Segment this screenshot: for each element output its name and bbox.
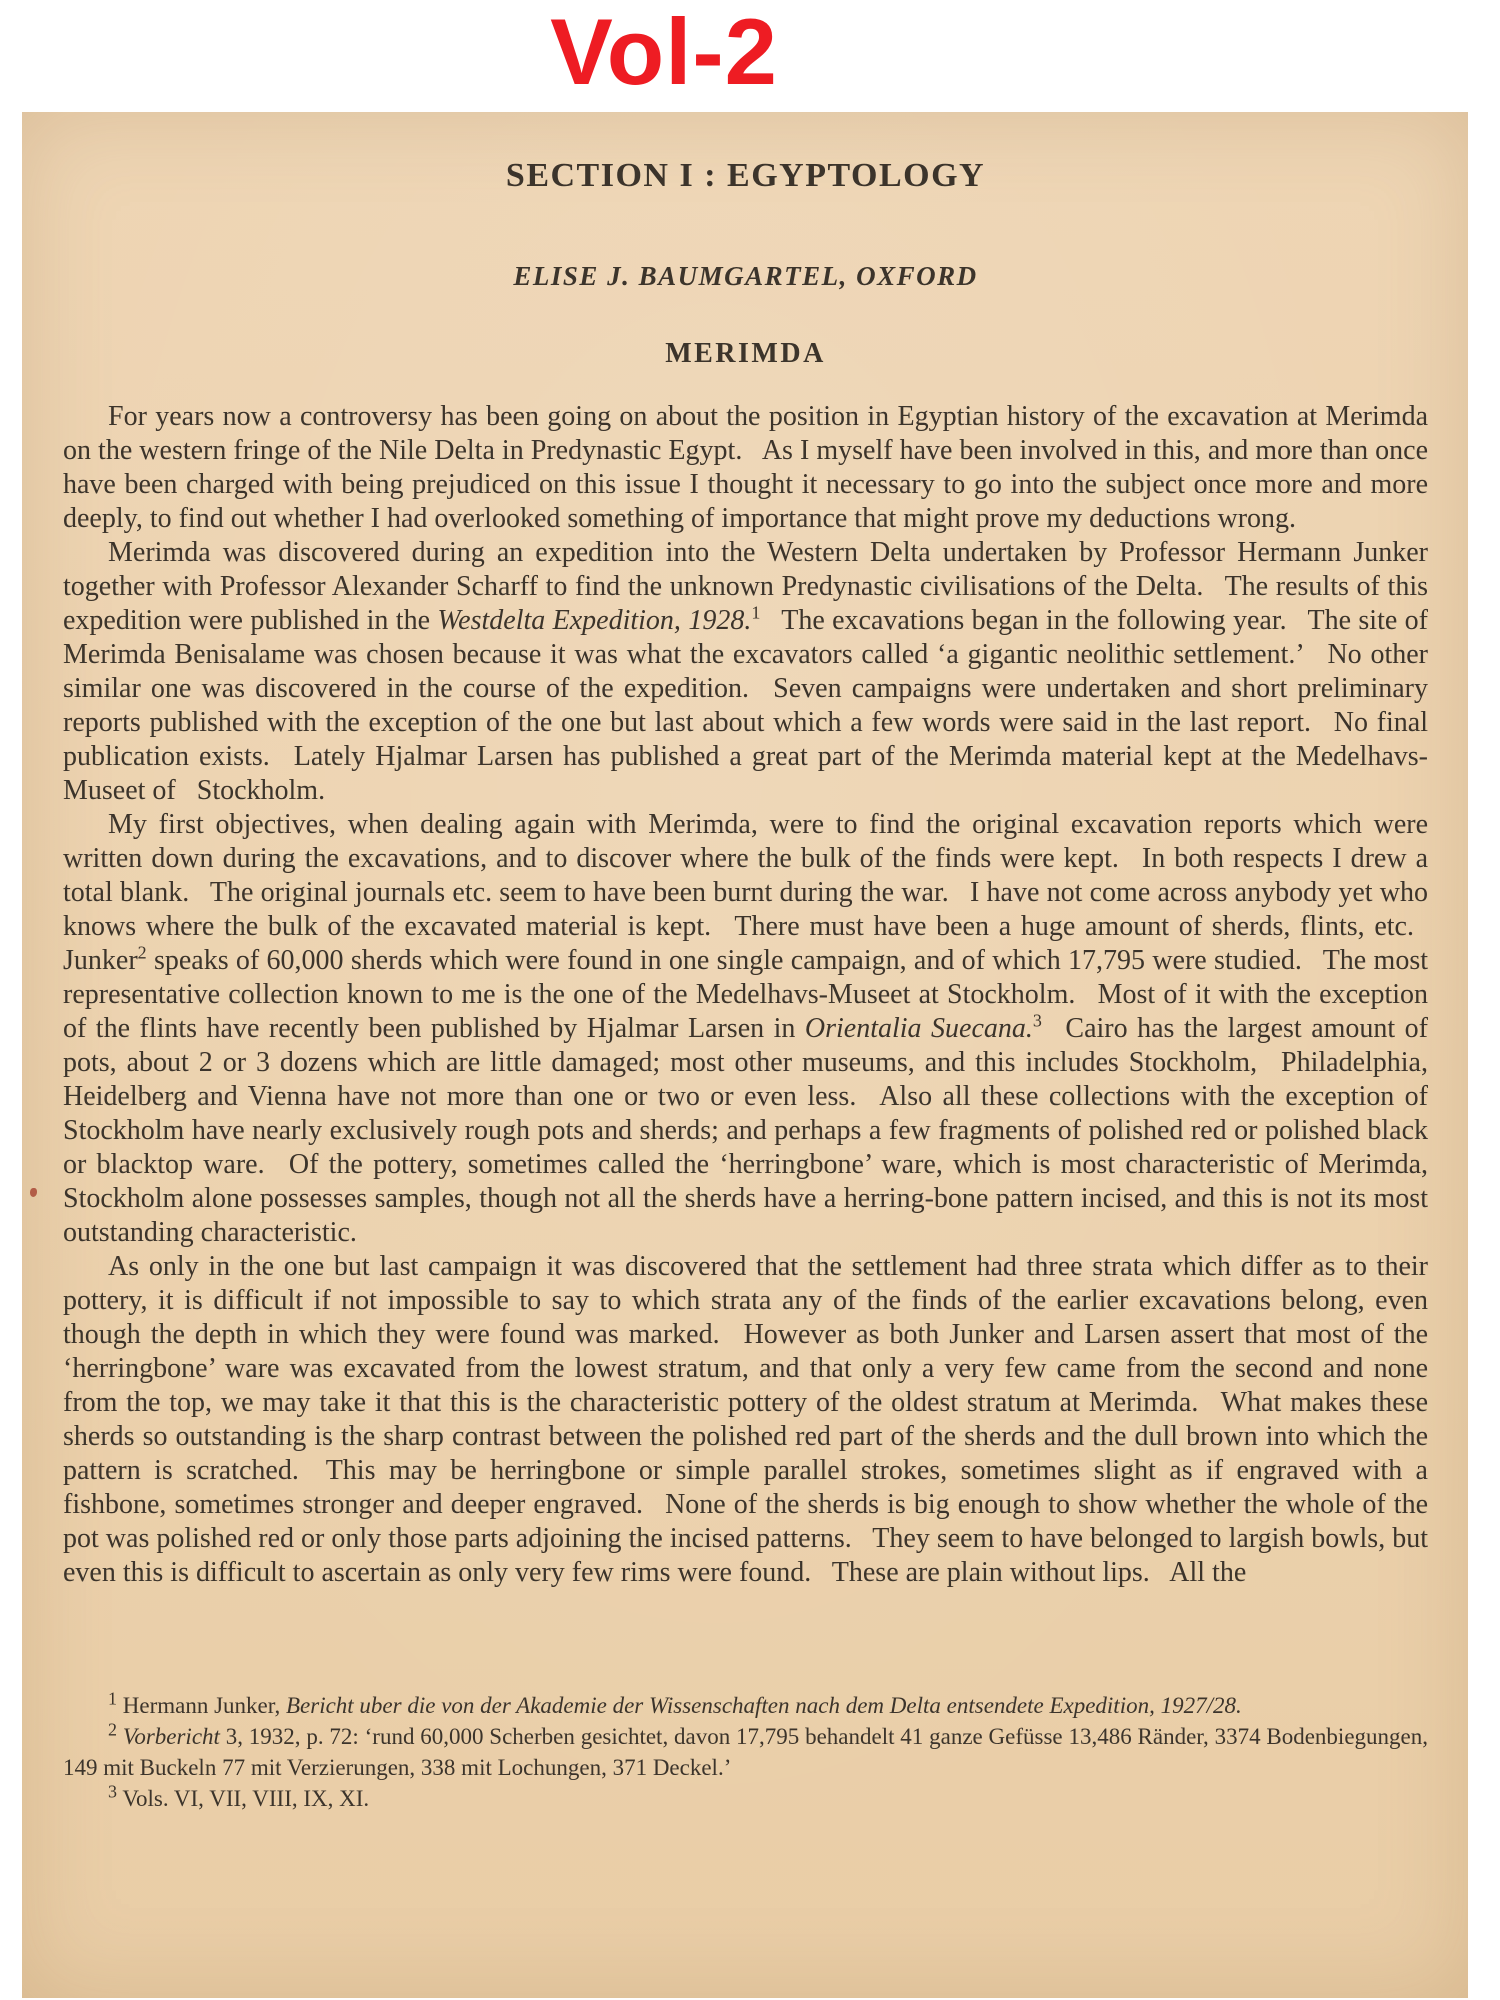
- paragraph: As only in the one but last campaign it …: [63, 1250, 1428, 1590]
- paragraph: My first objectives, when dealing again …: [63, 808, 1428, 1250]
- scan-speck: [30, 1188, 37, 1197]
- article-title: MERIMDA: [63, 338, 1428, 370]
- footnote: 2 Vorbericht 3, 1932, p. 72: ‘rund 60,00…: [63, 1721, 1428, 1783]
- section-heading: SECTION I : EGYPTOLOGY: [63, 156, 1428, 196]
- volume-annotation: Vol-2: [0, 2, 1328, 102]
- text-column: SECTION I : EGYPTOLOGY ELISE J. BAUMGART…: [63, 112, 1428, 1814]
- author-byline: ELISE J. BAUMGARTEL, OXFORD: [63, 260, 1428, 292]
- body-paragraphs: For years now a controversy has been goi…: [63, 400, 1428, 1590]
- footnotes: 1 Hermann Junker, Bericht uber die von d…: [63, 1690, 1428, 1814]
- scanned-page: SECTION I : EGYPTOLOGY ELISE J. BAUMGART…: [22, 112, 1468, 1998]
- footnote: 1 Hermann Junker, Bericht uber die von d…: [63, 1690, 1428, 1721]
- paragraph: For years now a controversy has been goi…: [63, 400, 1428, 536]
- paragraph: Merimda was discovered during an expedit…: [63, 536, 1428, 808]
- footnote: 3 Vols. VI, VII, VIII, IX, XI.: [63, 1783, 1428, 1814]
